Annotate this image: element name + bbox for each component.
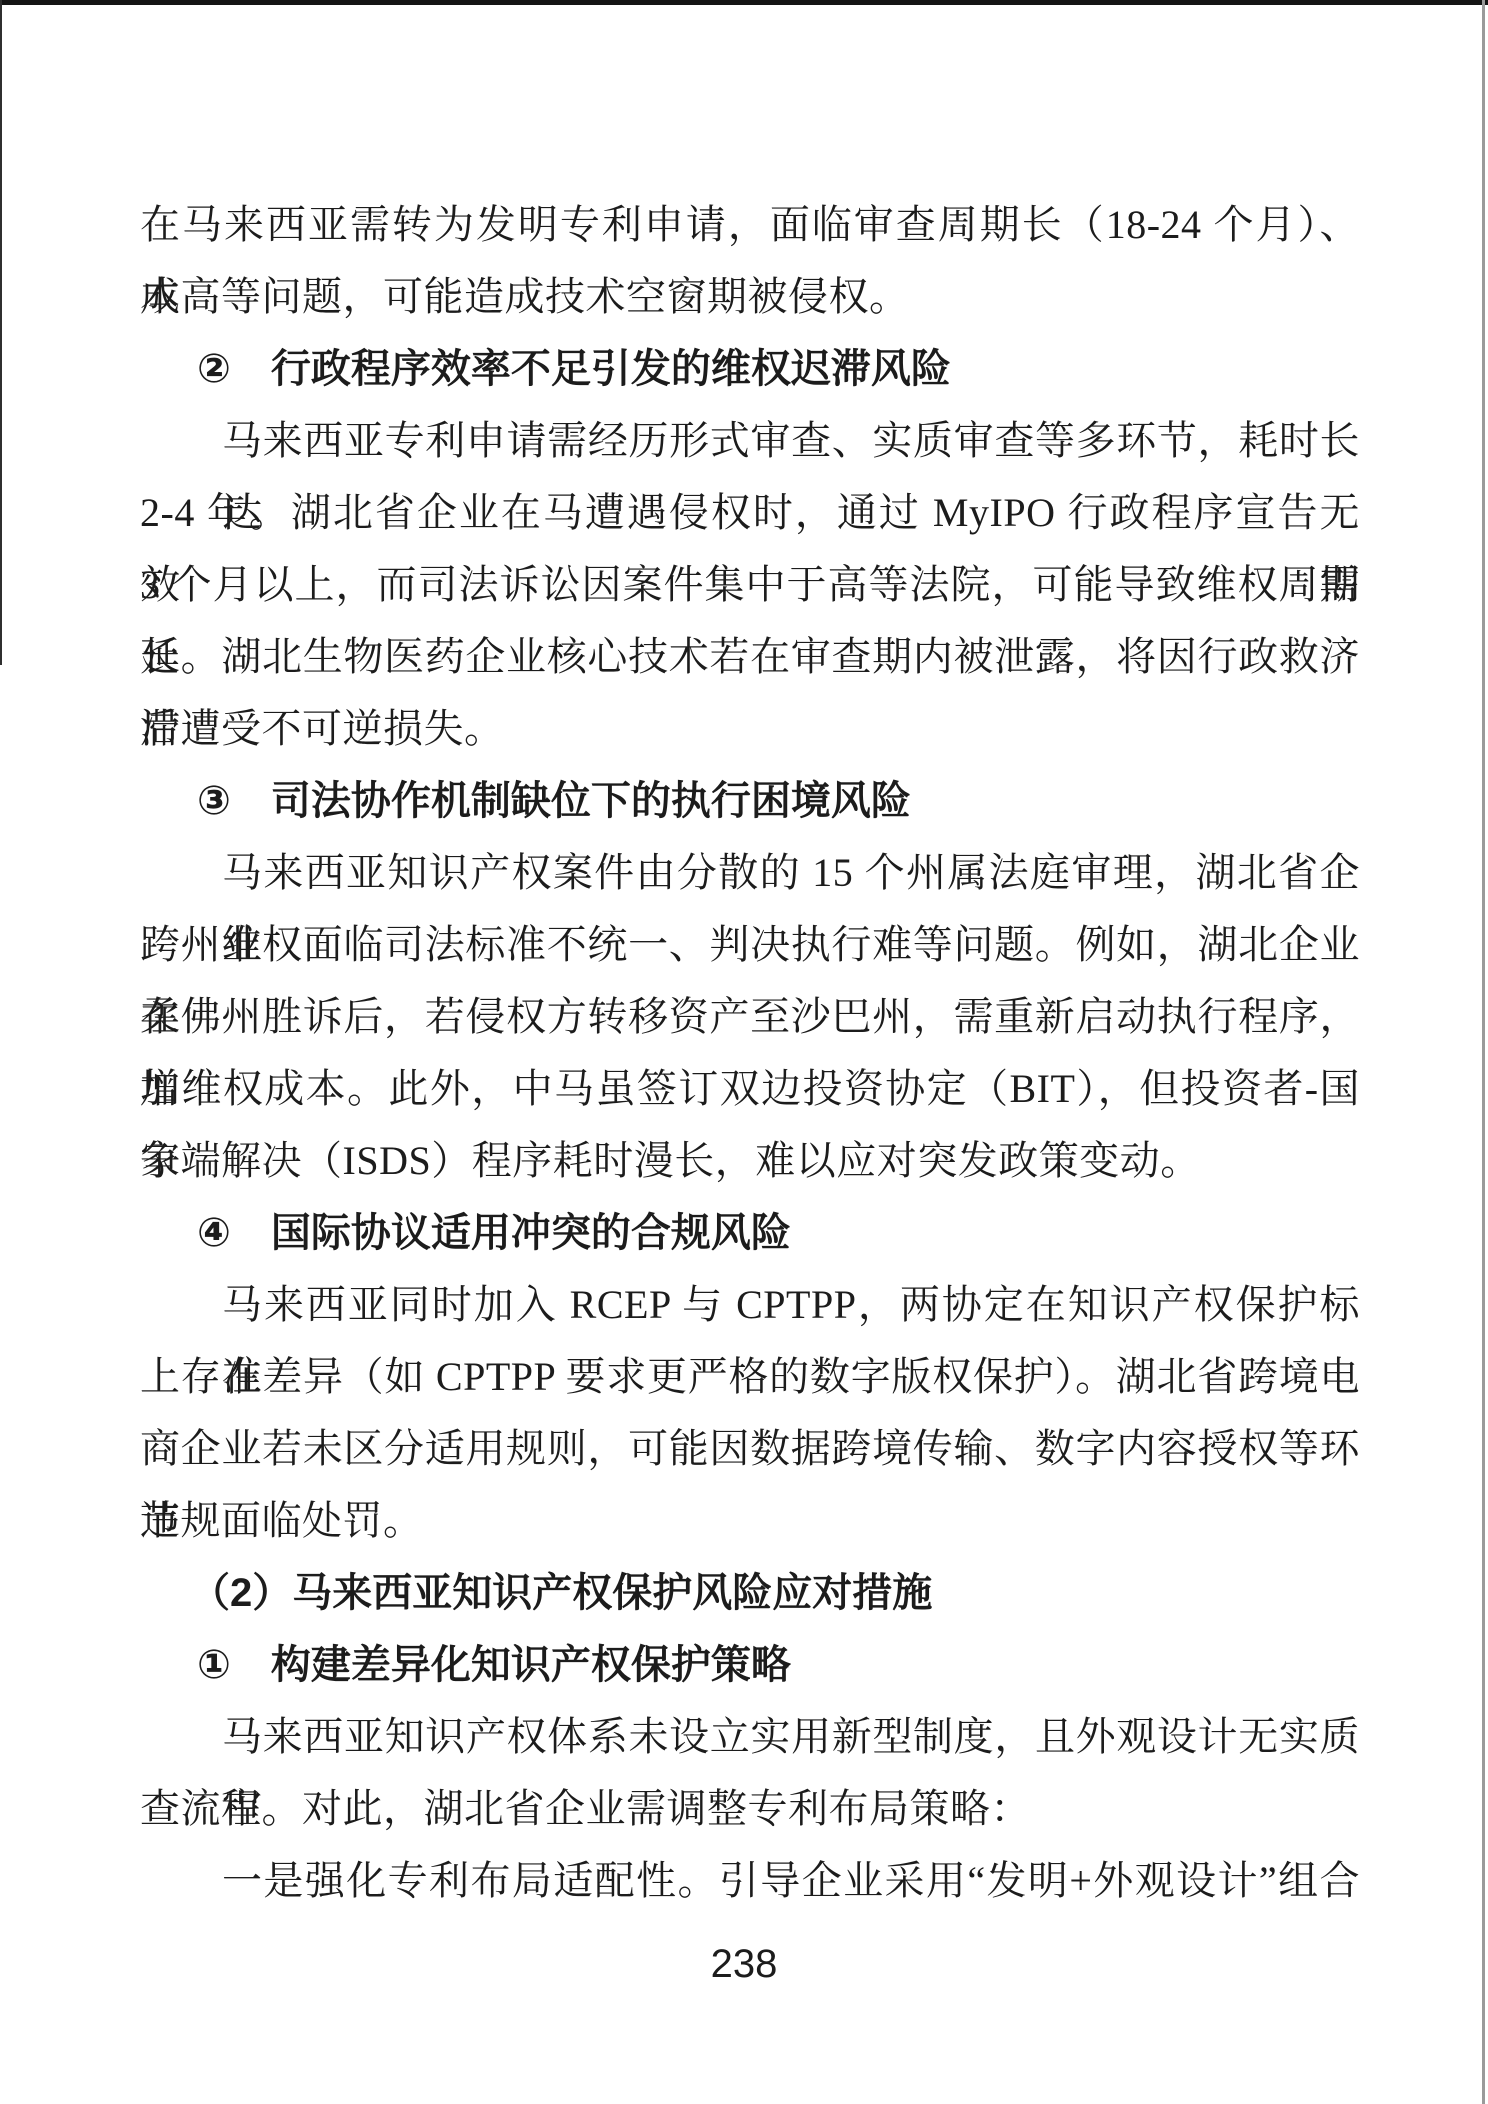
text-line: 3 个月以上，而司法诉讼因案件集中于高等法院，可能导致维权周期延	[140, 549, 1360, 621]
section-heading: （2）马来西亚知识产权保护风险应对措施	[140, 1557, 1360, 1629]
scan-edge-right	[1482, 0, 1485, 2104]
text-line: 跨州维权面临司法标准不统一、判决执行难等问题。例如，湖北企业在	[140, 909, 1360, 981]
page-number: 238	[0, 1928, 1488, 2000]
scan-edge-left	[0, 0, 2, 665]
text-line: 本高等问题，可能造成技术空窗期被侵权。	[140, 261, 1360, 333]
text-line: 上存在差异（如 CPTPP 要求更严格的数字版权保护）。湖北省跨境电	[140, 1341, 1360, 1413]
section-heading: ③ 司法协作机制缺位下的执行困境风险	[140, 765, 1360, 837]
text-line: 一是强化专利布局适配性。引导企业采用“发明+外观设计”组合	[140, 1845, 1360, 1917]
section-heading: ② 行政程序效率不足引发的维权迟滞风险	[140, 333, 1360, 405]
text-line: 马来西亚知识产权体系未设立实用新型制度，且外观设计无实质审	[140, 1701, 1360, 1773]
text-line: 加维权成本。此外，中马虽签订双边投资协定（BIT），但投资者-国家	[140, 1053, 1360, 1125]
text-line: 查流程。对此，湖北省企业需调整专利布局策略：	[140, 1773, 1360, 1845]
text-line: 在马来西亚需转为发明专利申请，面临审查周期长（18-24 个月）、成	[140, 189, 1360, 261]
text-line: 马来西亚同时加入 RCEP 与 CPTPP，两协定在知识产权保护标准	[140, 1269, 1360, 1341]
section-heading: ④ 国际协议适用冲突的合规风险	[140, 1197, 1360, 1269]
text-line: 长。湖北生物医药企业核心技术若在审查期内被泄露，将因行政救济滞	[140, 621, 1360, 693]
text-line: 柔佛州胜诉后，若侵权方转移资产至沙巴州，需重新启动执行程序，增	[140, 981, 1360, 1053]
text-line: 2-4 年。湖北省企业在马遭遇侵权时，通过 MyIPO 行政程序宣告无效需	[140, 477, 1360, 549]
text-line: 违规面临处罚。	[140, 1485, 1360, 1557]
text-line: 争端解决（ISDS）程序耗时漫长，难以应对突发政策变动。	[140, 1125, 1360, 1197]
scan-edge-top	[0, 0, 1488, 5]
text-line: 马来西亚知识产权案件由分散的 15 个州属法庭审理，湖北省企业	[140, 837, 1360, 909]
document-lines: 在马来西亚需转为发明专利申请，面临审查周期长（18-24 个月）、成本高等问题，…	[140, 189, 1360, 1917]
section-heading: ① 构建差异化知识产权保护策略	[140, 1629, 1360, 1701]
text-line: 后遭受不可逆损失。	[140, 693, 1360, 765]
text-line: 商企业若未区分适用规则，可能因数据跨境传输、数字内容授权等环节	[140, 1413, 1360, 1485]
text-line: 马来西亚专利申请需经历形式审查、实质审查等多环节，耗时长达	[140, 405, 1360, 477]
